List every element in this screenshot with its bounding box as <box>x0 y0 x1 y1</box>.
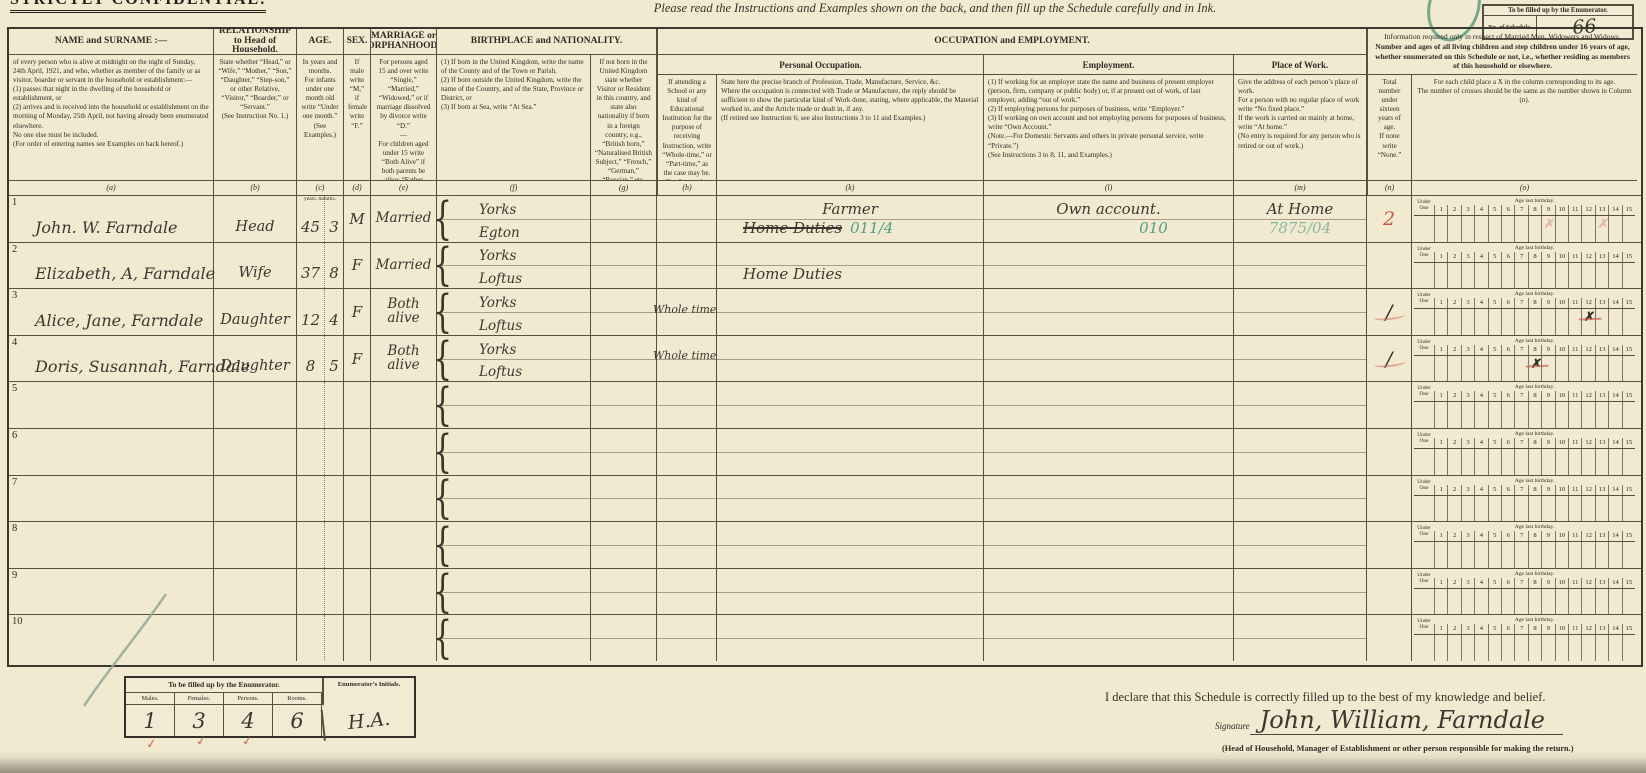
name-cell: 6 <box>9 429 214 475</box>
total-children-value: / <box>1386 347 1393 371</box>
total-children-cell <box>1367 429 1412 475</box>
row-number: 1 <box>12 197 17 208</box>
col-header-sex: SEX. <box>344 29 371 55</box>
employment-instructions: (1) If working for an employer state the… <box>984 75 1234 180</box>
col-header-birthplace: BIRTHPLACE and NATIONALITY. <box>437 29 657 55</box>
birthplace-cell: { <box>437 476 591 522</box>
birthplace-cell: { <box>437 382 591 428</box>
col-header-info: Information required only in respect of … <box>1367 29 1637 75</box>
nationality-cell <box>591 429 657 475</box>
occupation-cell: Home Duties <box>717 243 984 289</box>
total-children-cell <box>1367 522 1412 568</box>
birthplace-town: Loftus <box>479 271 522 287</box>
birthplace-county: Yorks <box>479 295 516 311</box>
relationship-value: Daughter <box>220 358 290 381</box>
age-months-value: 4 <box>329 311 339 335</box>
sex-cell <box>344 615 371 661</box>
column-letter: (m) <box>1234 180 1367 195</box>
relationship-cell: Head <box>214 196 297 242</box>
enumerator-initials-value: H.A. <box>321 700 416 740</box>
name-cell: 3 Alice, Jane, Farndale <box>9 289 214 335</box>
age-grid-cell: Under One Age last birthday. 12345678910… <box>1412 522 1637 568</box>
col-header-age: AGE. <box>297 29 344 55</box>
birthplace-town: Egton <box>479 225 520 241</box>
relationship-cell <box>214 476 297 522</box>
age-grid-cell: Under One Age last birthday. 12345678910… <box>1412 569 1637 615</box>
sex-cell <box>344 476 371 522</box>
education-column-instructions: If attending a School or any kind of Edu… <box>657 75 717 180</box>
nationality-cell <box>591 569 657 615</box>
age-grid-cell: Under One Age last birthday. 12345678910… <box>1412 289 1637 335</box>
education-value: Whole time <box>653 303 716 316</box>
age-grid-marks <box>1414 635 1635 661</box>
enumerator-summary-box: To be filled up by the Enumerator. Males… <box>124 676 416 738</box>
age-months-value: 8 <box>329 264 339 288</box>
males-count: 1 <box>126 705 175 736</box>
column-letter: (g) <box>591 180 657 195</box>
age-grid-numbers: 123456789101112131415 <box>1434 345 1635 355</box>
row-number: 5 <box>12 383 17 394</box>
birthplace-cell: { <box>437 569 591 615</box>
age-years-value: 8 <box>306 357 316 381</box>
column-letter: (e) <box>371 180 437 195</box>
signature-value: John, William, Farndale <box>1250 706 1563 735</box>
education-cell: Whole time <box>657 289 717 335</box>
birthplace-cell: { <box>437 429 591 475</box>
brace-glyph: { <box>433 612 452 665</box>
schedule-body: 1 John. W. Farndale Head years. months. … <box>9 195 1641 661</box>
table-row: 10 { <box>9 614 1641 661</box>
sex-cell: F <box>344 336 371 382</box>
marriage-value: Married <box>376 212 432 226</box>
age-last-birthday-label: Age last birthday. <box>1434 431 1635 438</box>
employment-cell <box>984 476 1234 522</box>
place-of-work-cell <box>1234 289 1367 335</box>
scan-edge <box>0 759 1646 773</box>
name-cell: 2 Elizabeth, A, Farndale <box>9 243 214 289</box>
sex-cell: F <box>344 243 371 289</box>
relationship-cell <box>214 615 297 661</box>
nationality-cell <box>591 476 657 522</box>
occupation-cell: Farmer Home Duties 011/4 <box>717 196 984 242</box>
age-grid-cell: Under One Age last birthday. 12345678910… <box>1412 336 1637 382</box>
age-units-label: years. months. <box>297 196 343 202</box>
red-tick-mark: ✓ <box>241 732 254 749</box>
census-table: NAME and SURNAME :— RELATIONSHIP to Head… <box>7 27 1643 667</box>
sex-value: M <box>349 210 364 228</box>
place-of-work-cell <box>1234 336 1367 382</box>
under-one-label: Under One <box>1414 198 1434 215</box>
row-number: 7 <box>12 477 17 488</box>
table-row: 2 Elizabeth, A, Farndale Wife 37 8 F Mar… <box>9 242 1641 289</box>
age-last-birthday-label: Age last birthday. <box>1434 384 1635 391</box>
occupation-cell <box>717 522 984 568</box>
marriage-cell <box>371 476 437 522</box>
age-grid-numbers: 123456789101112131415 <box>1434 438 1635 448</box>
employment-cell <box>984 289 1234 335</box>
relationship-column-instructions: State whether “Head,” or “Wife,” “Mother… <box>214 55 297 180</box>
name-value: Elizabeth, A, Farndale <box>35 264 215 283</box>
brace-glyph: { <box>433 426 452 479</box>
under-one-label: Under One <box>1414 338 1434 355</box>
age-grid-cell: Under One Age last birthday. 12345678910… <box>1412 615 1637 661</box>
declaration-text: I declare that this Schedule is correctl… <box>1105 690 1625 705</box>
education-cell <box>657 476 717 522</box>
education-cell <box>657 569 717 615</box>
marriage-column-instructions: For persons aged 15 and over write “Sing… <box>371 55 437 180</box>
place-of-work-instructions: Give the address of each person’s place … <box>1234 75 1367 180</box>
age-grid-cell: Under One Age last birthday. 12345678910… <box>1412 429 1637 475</box>
birthplace-county: Yorks <box>479 248 516 264</box>
age-last-birthday-label: Age last birthday. <box>1434 571 1635 578</box>
sex-cell <box>344 382 371 428</box>
relationship-cell <box>214 382 297 428</box>
age-grid-numbers: 123456789101112131415 <box>1434 531 1635 541</box>
occupation-cell <box>717 569 984 615</box>
age-last-birthday-label: Age last birthday. <box>1434 198 1635 205</box>
education-cell <box>657 382 717 428</box>
name-cell: 8 <box>9 522 214 568</box>
relationship-cell: Daughter <box>214 289 297 335</box>
marriage-value: Both alive <box>371 298 436 325</box>
age-cell: 12 4 <box>297 289 344 335</box>
education-cell <box>657 243 717 289</box>
age-grid-numbers: 123456789101112131415 <box>1434 391 1635 401</box>
under-one-label: Under One <box>1414 478 1434 495</box>
col-header-name: NAME and SURNAME :— <box>9 29 214 55</box>
sex-cell: F <box>344 289 371 335</box>
age-grid-marks <box>1414 402 1635 428</box>
total-children-cell: / <box>1367 289 1412 335</box>
birthplace-county: Yorks <box>479 202 516 218</box>
birthplace-cell: { <box>437 522 591 568</box>
age-grid-numbers: 123456789101112131415 <box>1434 578 1635 588</box>
sex-column-instructions: If male write “M,” if female write “F.” <box>344 55 371 180</box>
total-children-cell <box>1367 569 1412 615</box>
occupation-second-line: Home Duties <box>743 265 842 283</box>
occupation-struck-value: Home Duties <box>743 219 842 237</box>
table-header: NAME and SURNAME :— RELATIONSHIP to Head… <box>9 29 1641 195</box>
instruction-line: Please read the Instructions and Example… <box>520 1 1350 16</box>
age-months-value: 3 <box>329 218 339 242</box>
age-last-birthday-label: Age last birthday. <box>1434 617 1635 624</box>
occupation-cell <box>717 476 984 522</box>
birthplace-cell: { Yorks Loftus <box>437 289 591 335</box>
age-grid-numbers: 123456789101112131415 <box>1434 624 1635 634</box>
age-years-value: 12 <box>301 311 320 335</box>
marriage-cell <box>371 429 437 475</box>
place-code-annotation: 7875/04 <box>1269 219 1331 237</box>
occupation-cell <box>717 382 984 428</box>
place-of-work-cell <box>1234 476 1367 522</box>
signature-label: Signature <box>1215 721 1250 735</box>
under-one-label: Under One <box>1414 524 1434 541</box>
under-one-label: Under One <box>1414 291 1434 308</box>
table-row: 5 { <box>9 381 1641 428</box>
age-cell <box>297 382 344 428</box>
age-grid-marks: ✗✗ <box>1414 216 1635 242</box>
col-header-relationship: RELATIONSHIP to Head of Household. <box>214 29 297 55</box>
total-children-instructions: Total number under sixteen years of age.… <box>1367 75 1412 180</box>
sex-cell <box>344 522 371 568</box>
females-count: 3 <box>175 705 224 736</box>
age-last-birthday-label: Age last birthday. <box>1434 478 1635 485</box>
total-children-cell <box>1367 243 1412 289</box>
age-cell <box>297 429 344 475</box>
birthplace-county: Yorks <box>479 342 516 358</box>
occupation-cell <box>717 615 984 661</box>
sex-cell <box>344 429 371 475</box>
column-letter: (o) <box>1412 180 1637 195</box>
relationship-cell: Daughter <box>214 336 297 382</box>
row-number: 8 <box>12 523 17 534</box>
brace-glyph: { <box>433 519 452 572</box>
table-row: 9 { <box>9 568 1641 615</box>
education-cell <box>657 196 717 242</box>
confidential-heading: STRICTLY CONFIDENTIAL. <box>10 0 266 13</box>
place-of-work-cell <box>1234 382 1367 428</box>
total-children-cell <box>1367 615 1412 661</box>
age-last-birthday-label: Age last birthday. <box>1434 338 1635 345</box>
employment-code-annotation: 010 <box>1139 219 1168 237</box>
total-children-value: / <box>1386 300 1393 324</box>
rooms-column-header: Rooms. <box>273 693 322 705</box>
marriage-value: Both alive <box>371 345 436 372</box>
place-of-work-cell <box>1234 615 1367 661</box>
nationality-cell <box>591 336 657 382</box>
col-header-employment: Employment. <box>984 55 1234 75</box>
relationship-value: Daughter <box>220 312 290 335</box>
sex-cell: M <box>344 196 371 242</box>
birthplace-town: Loftus <box>479 318 522 334</box>
nationality-cell <box>591 289 657 335</box>
nationality-cell <box>591 382 657 428</box>
sex-value: F <box>352 303 362 321</box>
age-months-value: 5 <box>329 357 339 381</box>
place-of-work-cell <box>1234 522 1367 568</box>
marriage-cell: Married <box>371 196 437 242</box>
relationship-cell: Wife <box>214 243 297 289</box>
sex-cell <box>344 569 371 615</box>
table-row: 7 { <box>9 475 1641 522</box>
rooms-count: 6 <box>273 705 322 736</box>
under-one-label: Under One <box>1414 571 1434 588</box>
nationality-column-instructions: If not born in the United Kingdom state … <box>591 55 657 180</box>
persons-count: 4 <box>224 705 273 736</box>
relationship-cell <box>214 429 297 475</box>
column-letter: (c) <box>297 180 344 195</box>
table-row: 6 { <box>9 428 1641 475</box>
marriage-cell <box>371 522 437 568</box>
row-number: 9 <box>12 570 17 581</box>
signature-row: Signature John, William, Farndale <box>1215 706 1563 735</box>
row-number: 6 <box>12 430 17 441</box>
age-grid-marks <box>1414 263 1635 289</box>
age-last-birthday-label: Age last birthday. <box>1434 524 1635 531</box>
employment-cell <box>984 522 1234 568</box>
age-years-value: 45 <box>301 218 320 242</box>
column-letter: (l) <box>984 180 1234 195</box>
occupation-code-annotation: 011/4 <box>850 219 893 237</box>
age-grid-marks: ✗ <box>1414 356 1635 382</box>
row-number: 2 <box>12 244 17 255</box>
age-cell: 37 8 <box>297 243 344 289</box>
age-grid-cell: Under One Age last birthday. 12345678910… <box>1412 382 1637 428</box>
males-column-header: Males. <box>126 693 175 705</box>
column-letter: (h) <box>657 180 717 195</box>
place-of-work-cell <box>1234 243 1367 289</box>
name-column-instructions: of every person who is alive at midnight… <box>9 55 214 180</box>
column-letter: (d) <box>344 180 371 195</box>
employment-cell <box>984 569 1234 615</box>
age-cell: 8 5 <box>297 336 344 382</box>
age-grid-marks <box>1414 496 1635 522</box>
relationship-cell <box>214 522 297 568</box>
age-grid-cell: Under One Age last birthday. 12345678910… <box>1412 196 1637 242</box>
marriage-value: Married <box>376 259 432 273</box>
nationality-cell <box>591 196 657 242</box>
employment-cell <box>984 615 1234 661</box>
occupation-value: Farmer <box>822 200 878 218</box>
age-cell <box>297 522 344 568</box>
column-letter: (b) <box>214 180 297 195</box>
age-grid-marks: ✗ <box>1414 309 1635 335</box>
brace-glyph: { <box>433 565 452 618</box>
employment-value: Own account. <box>1056 200 1160 218</box>
age-grid-cell: Under One Age last birthday. 12345678910… <box>1412 243 1637 289</box>
marriage-cell <box>371 382 437 428</box>
employment-cell <box>984 382 1234 428</box>
column-letter: (a) <box>9 180 214 195</box>
nationality-cell <box>591 522 657 568</box>
name-value: Alice, Jane, Farndale <box>35 311 203 330</box>
age-years-value: 37 <box>301 264 320 288</box>
age-cell <box>297 476 344 522</box>
info-line-2: Number and ages of all living children a… <box>1374 42 1631 70</box>
persons-column-header: Persons. <box>224 693 273 705</box>
row-number: 3 <box>12 290 17 301</box>
nationality-cell <box>591 615 657 661</box>
marriage-cell <box>371 569 437 615</box>
employment-cell <box>984 429 1234 475</box>
age-grid-numbers: 123456789101112131415 <box>1434 205 1635 215</box>
table-row: 1 John. W. Farndale Head years. months. … <box>9 195 1641 242</box>
age-grid-marks <box>1414 542 1635 568</box>
total-children-cell: / <box>1367 336 1412 382</box>
occupation-cell <box>717 429 984 475</box>
education-value: Whole time <box>653 349 716 362</box>
age-cell <box>297 615 344 661</box>
name-cell: 4 Doris, Susannah, Farndale <box>9 336 214 382</box>
row-number: 10 <box>12 616 23 627</box>
under-one-label: Under One <box>1414 245 1434 262</box>
under-one-label: Under One <box>1414 617 1434 634</box>
total-children-cell <box>1367 382 1412 428</box>
enumerator-box-title: To be filled up by the Enumerator. <box>126 678 322 693</box>
name-cell: 7 <box>9 476 214 522</box>
column-letter: (f) <box>437 180 591 195</box>
marriage-cell: Married <box>371 243 437 289</box>
sex-value: F <box>352 350 362 368</box>
education-cell <box>657 615 717 661</box>
place-of-work-cell: At Home 7875/04 <box>1234 196 1367 242</box>
under-one-label: Under One <box>1414 431 1434 448</box>
marriage-cell: Both alive <box>371 336 437 382</box>
relationship-value: Wife <box>238 265 271 288</box>
column-letter: (k) <box>717 180 984 195</box>
personal-occupation-instructions: State here the precise branch of Profess… <box>717 75 984 180</box>
info-line-1: Information required only in respect of … <box>1374 32 1631 41</box>
table-row: 8 { <box>9 521 1641 568</box>
age-last-birthday-label: Age last birthday. <box>1434 245 1635 252</box>
employment-cell <box>984 243 1234 289</box>
table-row: 4 Doris, Susannah, Farndale Daughter 8 5… <box>9 335 1641 382</box>
age-last-birthday-label: Age last birthday. <box>1434 291 1635 298</box>
age-grid-numbers: 123456789101112131415 <box>1434 298 1635 308</box>
employment-cell <box>984 336 1234 382</box>
relationship-value: Head <box>235 219 274 242</box>
birthplace-town: Loftus <box>479 364 522 380</box>
table-row: 3 Alice, Jane, Farndale Daughter 12 4 F … <box>9 288 1641 335</box>
age-grid-numbers: 123456789101112131415 <box>1434 485 1635 495</box>
census-schedule-page: { "header": { "confidential": "STRICTLY … <box>0 0 1646 773</box>
place-of-work-value: At Home <box>1267 200 1334 218</box>
under-one-label: Under One <box>1414 384 1434 401</box>
name-cell: 5 <box>9 382 214 428</box>
col-header-marriage: MARRIAGE or ORPHANHOOD. <box>371 29 437 55</box>
total-children-value: 2 <box>1383 208 1395 230</box>
birthplace-cell: { Yorks Loftus <box>437 243 591 289</box>
marriage-cell <box>371 615 437 661</box>
education-cell <box>657 429 717 475</box>
birthplace-cell: { Yorks Egton <box>437 196 591 242</box>
age-grid-instructions: For each child place a X in the column c… <box>1412 75 1637 180</box>
sex-value: F <box>352 256 362 274</box>
age-grid-marks <box>1414 449 1635 475</box>
females-column-header: Females. <box>175 693 224 705</box>
brace-glyph: { <box>433 239 452 292</box>
age-column-instructions: In years and months. For infants under o… <box>297 55 344 180</box>
name-cell: 1 John. W. Farndale <box>9 196 214 242</box>
education-cell <box>657 522 717 568</box>
employment-cell: Own account. 010 <box>984 196 1234 242</box>
place-of-work-cell <box>1234 429 1367 475</box>
column-letter: (n) <box>1367 180 1412 195</box>
col-header-personal-occupation: Personal Occupation. <box>657 55 984 75</box>
nationality-cell <box>591 243 657 289</box>
age-grid-marks <box>1414 589 1635 615</box>
total-children-cell <box>1367 476 1412 522</box>
birthplace-column-instructions: (1) If born in the United Kingdom, write… <box>437 55 591 180</box>
brace-glyph: { <box>433 332 452 385</box>
education-cell: Whole time <box>657 336 717 382</box>
brace-glyph: { <box>433 472 452 525</box>
relationship-cell <box>214 569 297 615</box>
marriage-cell: Both alive <box>371 289 437 335</box>
red-tick-mark: ✓ <box>195 732 208 749</box>
total-children-cell: 2 <box>1367 196 1412 242</box>
age-grid-cell: Under One Age last birthday. 12345678910… <box>1412 476 1637 522</box>
brace-glyph: { <box>433 193 452 246</box>
col-header-occupation-group: OCCUPATION and EMPLOYMENT. <box>657 29 1367 55</box>
birthplace-cell: { Yorks Loftus <box>437 336 591 382</box>
age-cell: years. months. 45 3 <box>297 196 344 242</box>
name-value: John. W. Farndale <box>35 218 178 237</box>
age-grid-numbers: 123456789101112131415 <box>1434 252 1635 262</box>
occupation-cell <box>717 289 984 335</box>
place-of-work-cell <box>1234 569 1367 615</box>
row-number: 4 <box>12 337 17 348</box>
